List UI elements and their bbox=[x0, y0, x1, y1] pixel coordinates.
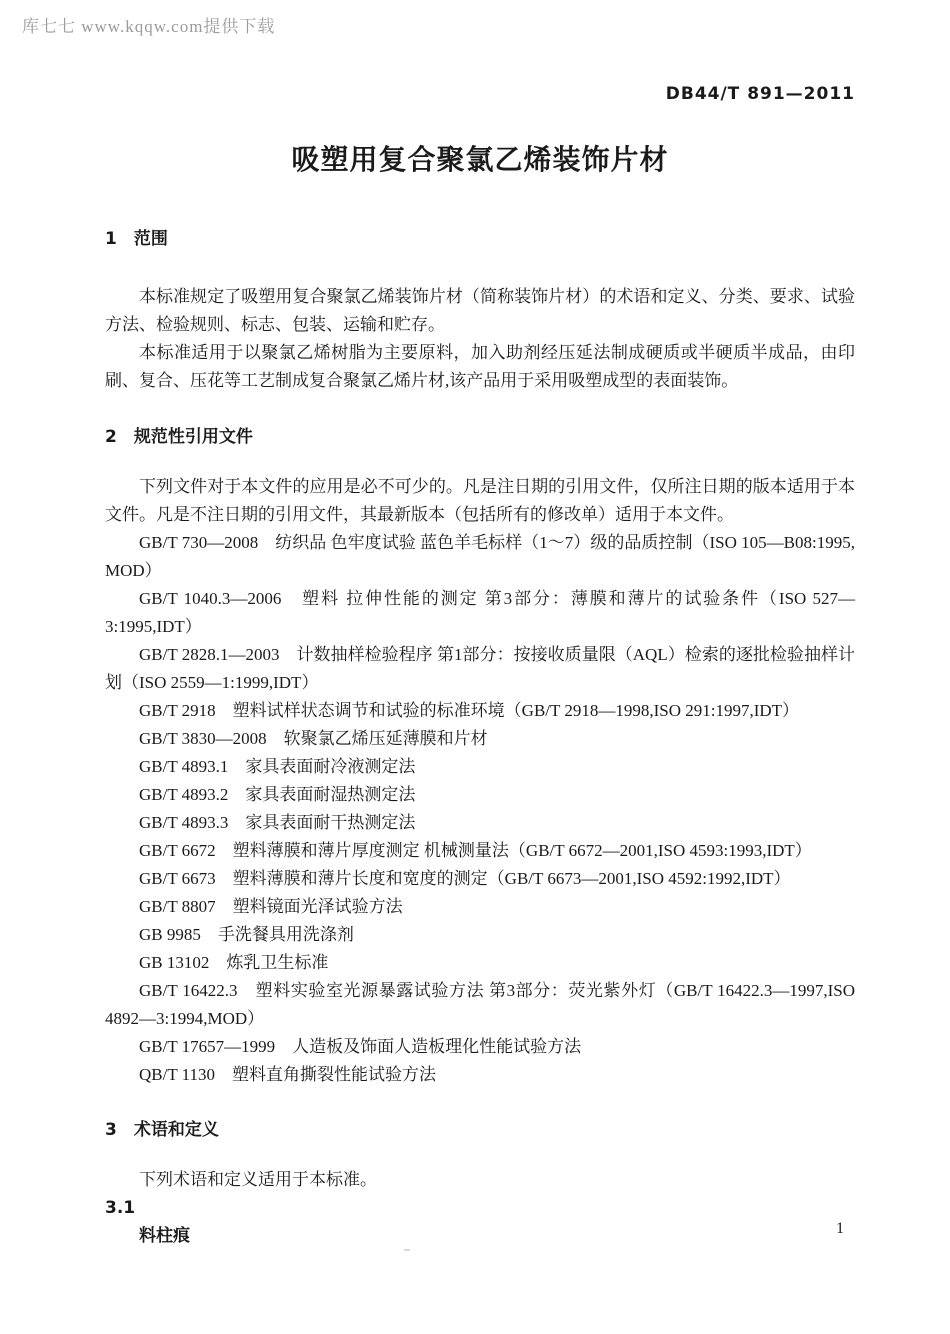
section-2-heading: 2 规范性引用文件 bbox=[105, 422, 855, 447]
reference-entry: GB/T 4893.1 家具表面耐冷液测定法 bbox=[105, 753, 855, 781]
term-name: 料柱痕 bbox=[105, 1222, 855, 1250]
reference-entry: GB/T 17657—1999 人造板及饰面人造板理化性能试验方法 bbox=[105, 1033, 855, 1061]
reference-entry: GB 9985 手洗餐具用洗涤剂 bbox=[105, 921, 855, 949]
reference-entry: GB/T 2918 塑料试样状态调节和试验的标准环境（GB/T 2918—199… bbox=[105, 697, 855, 725]
reference-entry: GB/T 3830—2008 软聚氯乙烯压延薄膜和片材 bbox=[105, 725, 855, 753]
page-title: 吸塑用复合聚氯乙烯装饰片材 bbox=[105, 138, 855, 178]
section-1-paragraphs: 本标准规定了吸塑用复合聚氯乙烯装饰片材（简称装饰片材）的术语和定义、分类、要求、… bbox=[105, 283, 855, 395]
reference-entry: GB 13102 炼乳卫生标准 bbox=[105, 949, 855, 977]
reference-entry: GB/T 4893.3 家具表面耐干热测定法 bbox=[105, 809, 855, 837]
reference-entry: GB/T 16422.3 塑料实验室光源暴露试验方法 第3部分：荧光紫外灯（GB… bbox=[105, 977, 855, 1033]
section-1-heading: 1 范围 bbox=[105, 224, 855, 249]
page-number: 1 bbox=[836, 1220, 844, 1238]
section-3-heading: 3 术语和定义 bbox=[105, 1115, 855, 1140]
reference-entry: GB/T 6672 塑料薄膜和薄片厚度测定 机械测量法（GB/T 6672—20… bbox=[105, 837, 855, 865]
section-3-paragraphs: 下列术语和定义适用于本标准。 bbox=[105, 1166, 855, 1194]
reference-entry: QB/T 1130 塑料直角撕裂性能试验方法 bbox=[105, 1061, 855, 1089]
reference-entry: GB/T 1040.3—2006 塑料 拉伸性能的测定 第3部分：薄膜和薄片的试… bbox=[105, 585, 855, 641]
watermark: 库七七 www.kqqw.com提供下载 bbox=[22, 12, 275, 37]
reference-entry: GB/T 8807 塑料镜面光泽试验方法 bbox=[105, 893, 855, 921]
reference-entry: GB/T 4893.2 家具表面耐湿热测定法 bbox=[105, 781, 855, 809]
references-list: GB/T 730—2008 纺织品 色牢度试验 蓝色羊毛标样（1～7）级的品质控… bbox=[105, 529, 855, 1089]
reference-entry: GB/T 730—2008 纺织品 色牢度试验 蓝色羊毛标样（1～7）级的品质控… bbox=[105, 529, 855, 585]
paragraph: 下列术语和定义适用于本标准。 bbox=[105, 1166, 855, 1194]
paragraph: 本标准适用于以聚氯乙烯树脂为主要原料，加入助剂经压延法制成硬质或半硬质半成品，由… bbox=[105, 339, 855, 395]
reference-entry: GB/T 6673 塑料薄膜和薄片长度和宽度的测定（GB/T 6673—2001… bbox=[105, 865, 855, 893]
reference-entry: GB/T 2828.1—2003 计数抽样检验程序 第1部分：按接收质量限（AQ… bbox=[105, 641, 855, 697]
paragraph: 下列文件对于本文件的应用是必不可少的。凡是注日期的引用文件，仅所注日期的版本适用… bbox=[105, 473, 855, 529]
scan-artifact bbox=[404, 1249, 410, 1251]
term-number: 3.1 bbox=[105, 1194, 855, 1222]
paragraph: 本标准规定了吸塑用复合聚氯乙烯装饰片材（简称装饰片材）的术语和定义、分类、要求、… bbox=[105, 283, 855, 339]
document-page: 库七七 www.kqqw.com提供下载 DB44/T 891—2011 吸塑用… bbox=[0, 0, 950, 1334]
document-content: DB44/T 891—2011 吸塑用复合聚氯乙烯装饰片材 1 范围 本标准规定… bbox=[0, 0, 950, 1250]
section-2-paragraphs: 下列文件对于本文件的应用是必不可少的。凡是注日期的引用文件，仅所注日期的版本适用… bbox=[105, 473, 855, 529]
